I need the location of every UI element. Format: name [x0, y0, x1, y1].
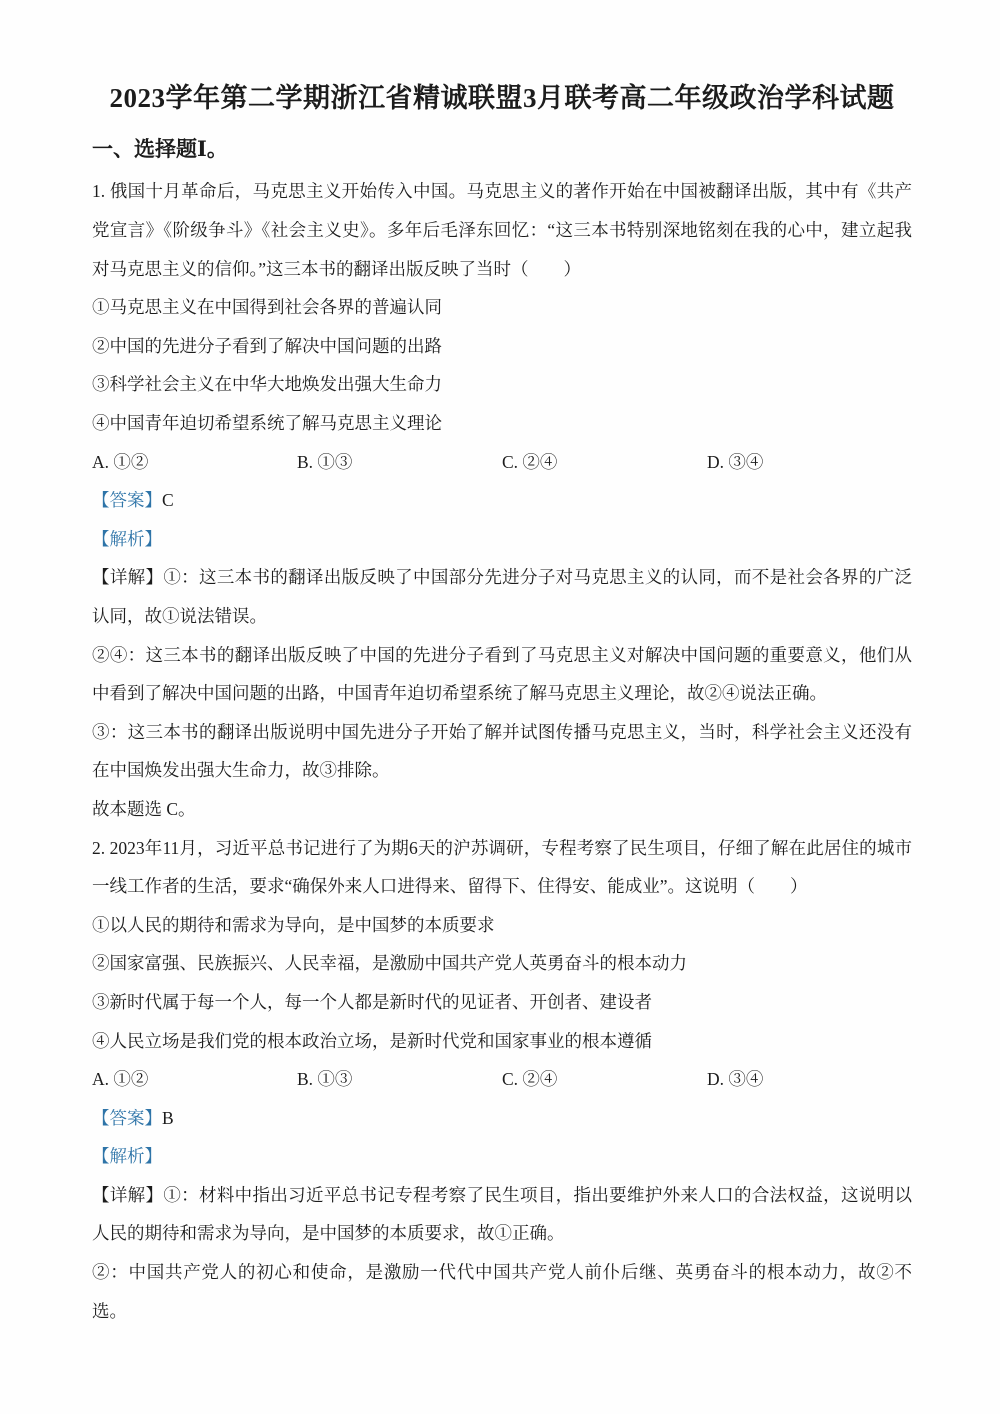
question-2-choice-row: A. ①② B. ①③ C. ②④ D. ③④ [92, 1060, 912, 1099]
question-2-choice-a: A. ①② [92, 1060, 297, 1099]
question-2-stem: 2. 2023年11月，习近平总书记进行了为期6天的沪苏调研，专程考察了民生项目… [92, 829, 912, 906]
question-2-detail-text-1: ①：材料中指出习近平总书记专程考察了民生项目，指出要维护外来人口的合法权益，这说… [92, 1185, 912, 1244]
question-2-choice-b: B. ①③ [297, 1060, 502, 1099]
question-2-detail-para-2: ②：中国共产党人的初心和使命，是激励一代代中国共产党人前仆后继、英勇奋斗的根本动… [92, 1253, 912, 1330]
question-1-stem: 1. 俄国十月革命后，马克思主义开始传入中国。马克思主义的著作开始在中国被翻译出… [92, 172, 912, 288]
question-1-detail-para-3: ③：这三本书的翻译出版说明中国先进分子开始了解并试图传播马克思主义，当时，科学社… [92, 713, 912, 790]
question-2-choice-d: D. ③④ [707, 1060, 912, 1099]
question-2-answer-line: 【答案】B [92, 1099, 912, 1138]
question-1-choice-row: A. ①② B. ①③ C. ②④ D. ③④ [92, 443, 912, 482]
detail-label: 【详解】 [92, 567, 163, 587]
question-1-choice-c: C. ②④ [502, 443, 707, 482]
question-1-detail-conclusion: 故本题选 C。 [92, 790, 912, 829]
question-block-2: 2. 2023年11月，习近平总书记进行了为期6天的沪苏调研，专程考察了民生项目… [92, 829, 912, 1331]
analysis-label: 【解析】 [92, 1146, 162, 1166]
analysis-label: 【解析】 [92, 529, 162, 549]
answer-label: 【答案】 [92, 490, 162, 510]
question-1-choice-d: D. ③④ [707, 443, 912, 482]
question-2-analysis-line: 【解析】 [92, 1137, 912, 1176]
question-1-option-4: ④中国青年迫切希望系统了解马克思主义理论 [92, 404, 912, 443]
page-title: 2023学年第二学期浙江省精诚联盟3月联考高二年级政治学科试题 [92, 80, 912, 116]
question-1-detail-para-2: ②④：这三本书的翻译出版反映了中国的先进分子看到了马克思主义对解决中国问题的重要… [92, 636, 912, 713]
question-1-answer-value: C [162, 490, 174, 510]
question-1-option-2: ②中国的先进分子看到了解决中国问题的出路 [92, 327, 912, 366]
question-2-option-3: ③新时代属于每一个人，每一个人都是新时代的见证者、开创者、建设者 [92, 983, 912, 1022]
question-2-option-1: ①以人民的期待和需求为导向，是中国梦的本质要求 [92, 906, 912, 945]
answer-label: 【答案】 [92, 1108, 162, 1128]
question-2-detail-para-1: 【详解】①：材料中指出习近平总书记专程考察了民生项目，指出要维护外来人口的合法权… [92, 1176, 912, 1253]
question-2-option-4: ④人民立场是我们党的根本政治立场，是新时代党和国家事业的根本遵循 [92, 1022, 912, 1061]
question-1-answer-line: 【答案】C [92, 481, 912, 520]
detail-label: 【详解】 [92, 1185, 163, 1205]
question-block-1: 1. 俄国十月革命后，马克思主义开始传入中国。马克思主义的著作开始在中国被翻译出… [92, 172, 912, 828]
question-2-choice-c: C. ②④ [502, 1060, 707, 1099]
question-2-option-2: ②国家富强、民族振兴、人民幸福，是激励中国共产党人英勇奋斗的根本动力 [92, 944, 912, 983]
question-1-option-3: ③科学社会主义在中华大地焕发出强大生命力 [92, 365, 912, 404]
question-1-detail-text-1: ①：这三本书的翻译出版反映了中国部分先进分子对马克思主义的认同，而不是社会各界的… [92, 567, 912, 626]
question-1-detail-para-1: 【详解】①：这三本书的翻译出版反映了中国部分先进分子对马克思主义的认同，而不是社… [92, 558, 912, 635]
question-1-choice-b: B. ①③ [297, 443, 502, 482]
question-2-answer-value: B [162, 1108, 174, 1128]
question-1-choice-a: A. ①② [92, 443, 297, 482]
question-1-analysis-line: 【解析】 [92, 520, 912, 559]
question-1-option-1: ①马克思主义在中国得到社会各界的普遍认同 [92, 288, 912, 327]
exam-document-page: 2023学年第二学期浙江省精诚联盟3月联考高二年级政治学科试题 一、选择题Ⅰ。 … [0, 0, 1000, 1414]
section-heading: 一、选择题Ⅰ。 [92, 126, 912, 172]
